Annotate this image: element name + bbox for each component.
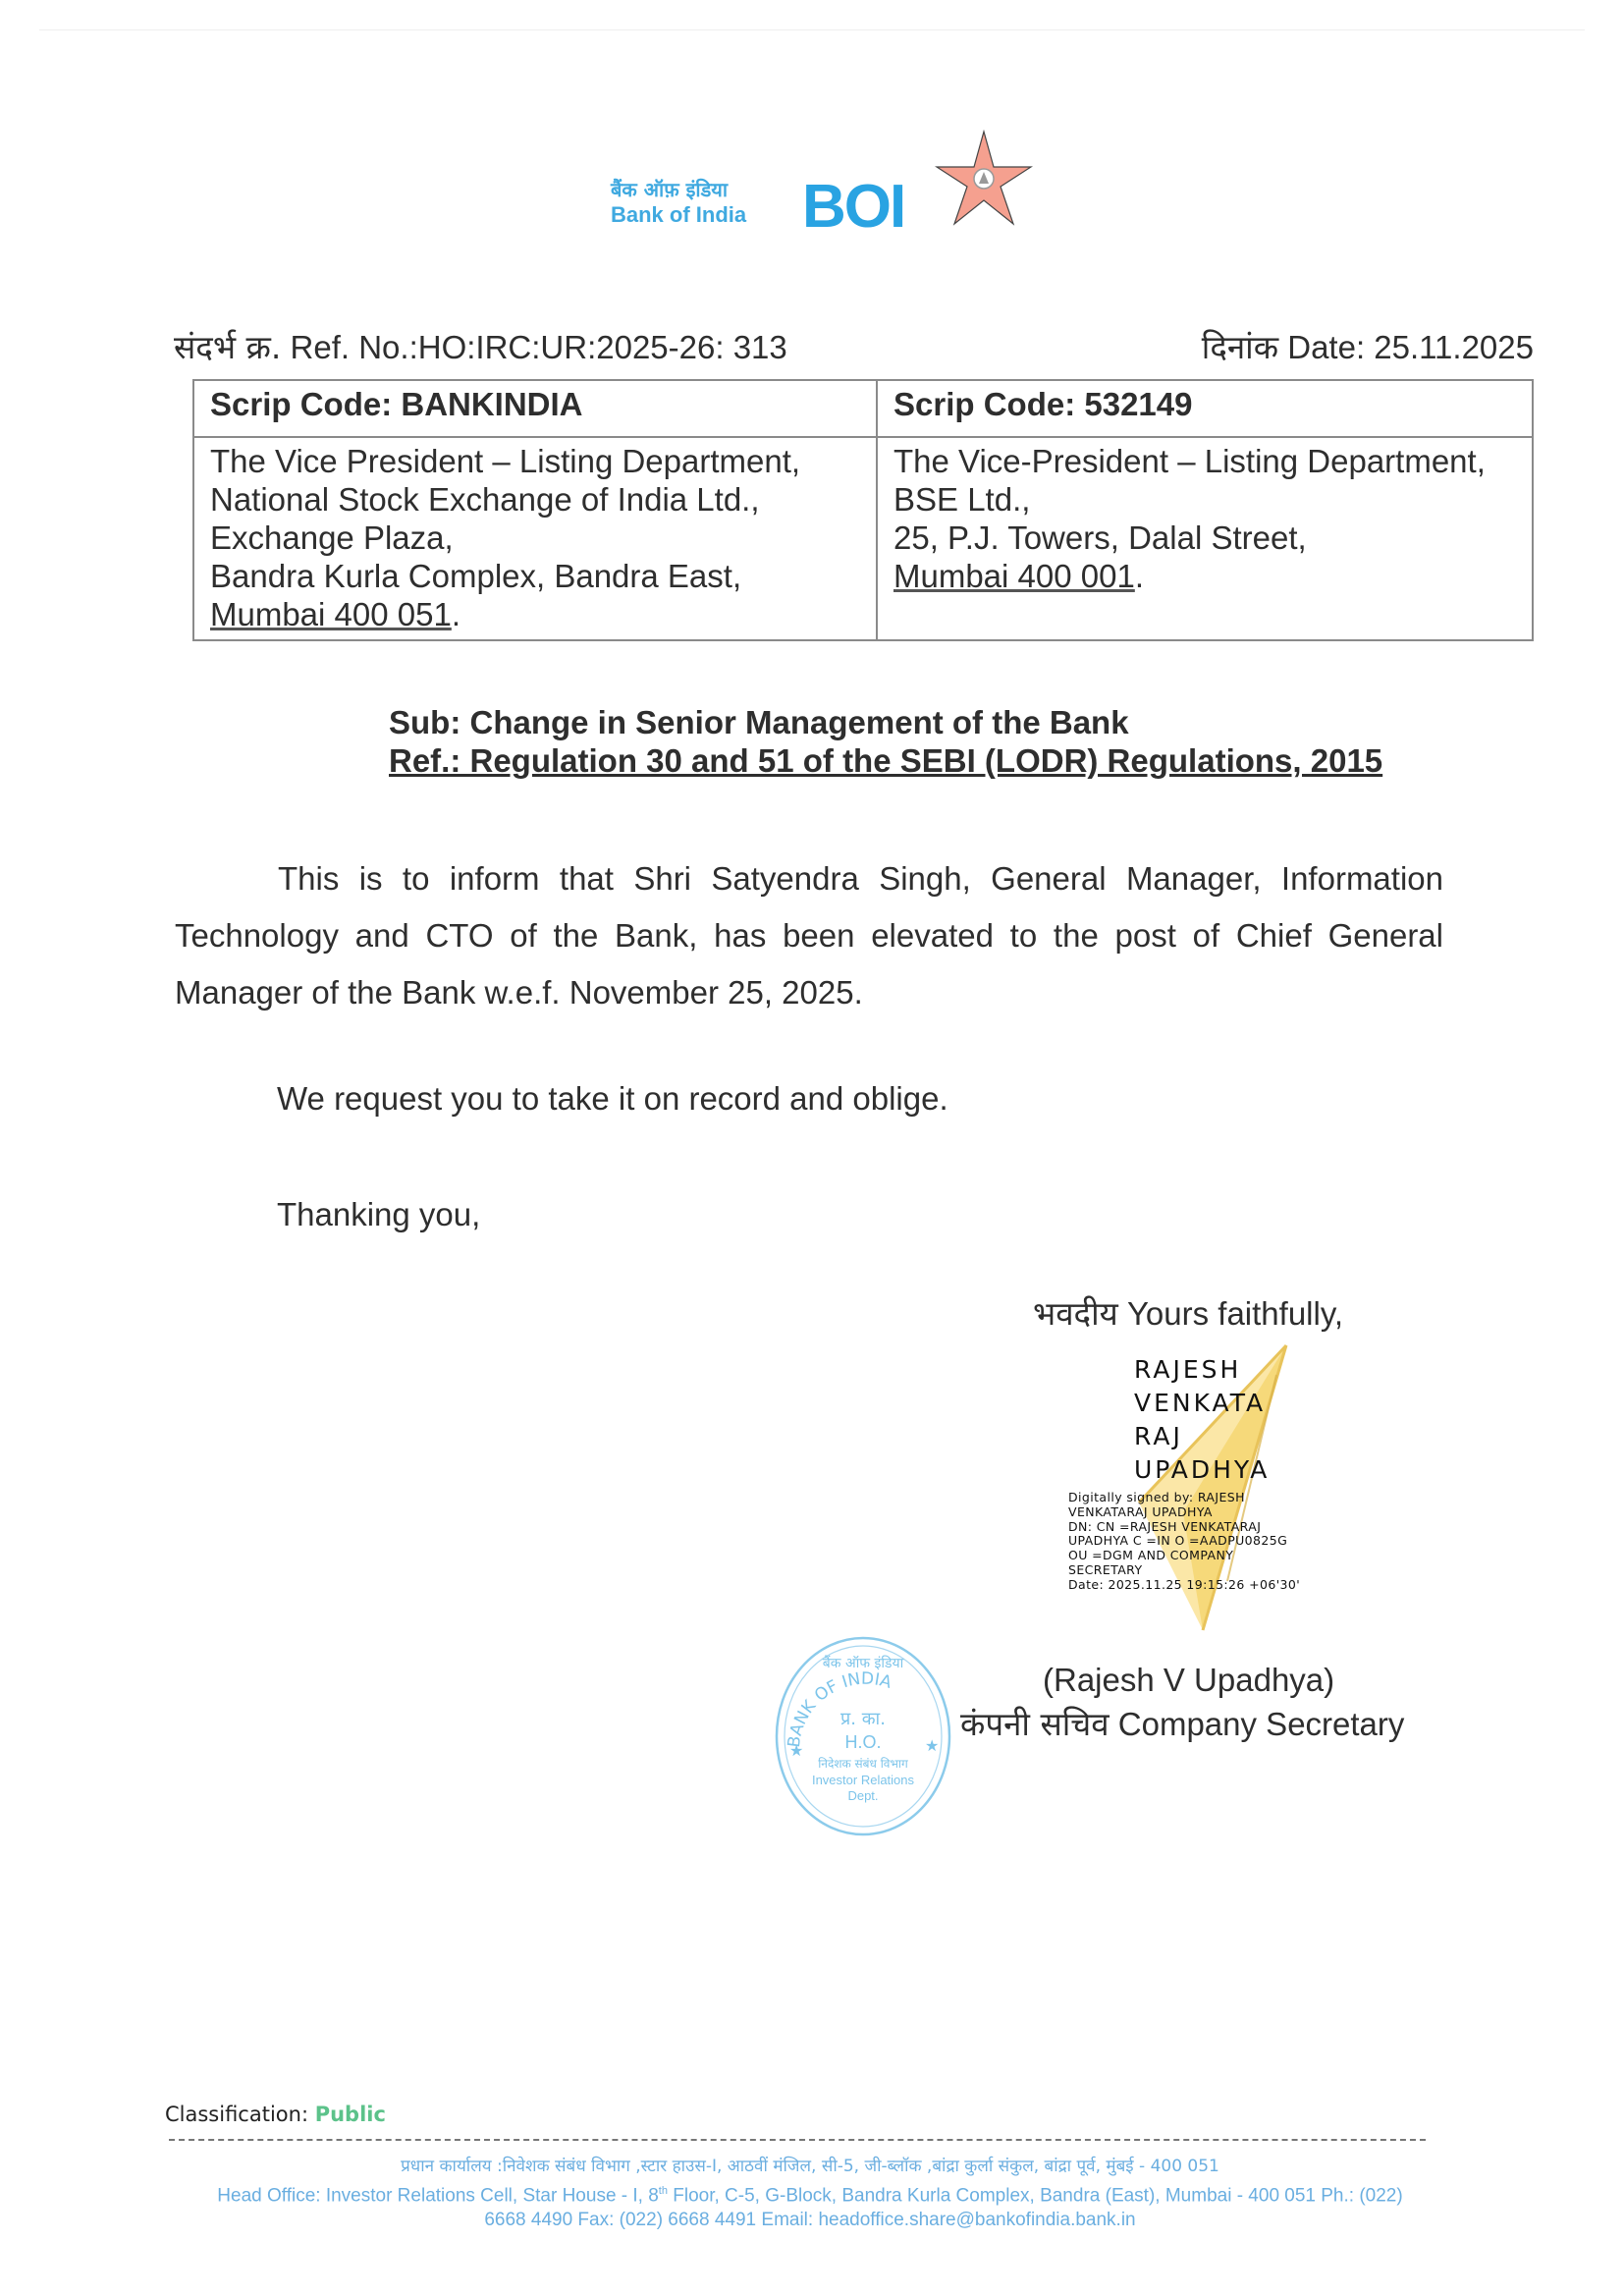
- signature-detail-line: DN: CN =RAJESH VENKATARAJ: [1068, 1520, 1300, 1535]
- stamp-center-hindi: प्र. का.: [840, 1709, 886, 1729]
- footer-address-part: Head Office: Investor Relations Cell, St…: [217, 2185, 659, 2206]
- stamp-star-left-icon: ★: [789, 1743, 803, 1760]
- signer-name-line: RAJ: [1134, 1420, 1270, 1453]
- address-line: The Vice President – Listing Department,: [210, 442, 858, 480]
- subject-block: Sub: Change in Senior Management of the …: [389, 703, 1382, 780]
- regulation-reference: Ref.: Regulation 30 and 51 of the SEBI (…: [389, 741, 1382, 780]
- title-hindi: कंपनी सचिव: [960, 1705, 1110, 1743]
- address-city: Mumbai 400 001: [893, 558, 1135, 594]
- footer-address-hindi: प्रधान कार्यालय :निवेशक संबंध विभाग ,स्ट…: [157, 2155, 1463, 2179]
- classification-value: Public: [315, 2103, 386, 2126]
- addressee-bse: The Vice-President – Listing Department,…: [877, 437, 1533, 640]
- closing-salutation: भवदीय Yours faithfully,: [1033, 1290, 1343, 1335]
- signature-detail-line: UPADHYA C =IN O =AADPU0825G: [1068, 1534, 1300, 1549]
- signature-detail-line: SECRETARY: [1068, 1563, 1300, 1578]
- stamp-center-english: H.O.: [844, 1732, 881, 1752]
- star-logo-icon: [935, 130, 1033, 228]
- address-line: Exchange Plaza,: [210, 519, 858, 557]
- stamp-dept-hindi: निदेशक संबंध विभाग: [818, 1757, 908, 1771]
- addressee-table: Scrip Code: BANKINDIA Scrip Code: 532149…: [192, 379, 1534, 641]
- stamp-hindi-top: बैंक ऑफ इंडिया: [823, 1655, 904, 1671]
- footer-address: प्रधान कार्यालय :निवेशक संबंध विभाग ,स्ट…: [157, 2155, 1463, 2232]
- logo-hindi-name: बैंक ऑफ़ इंडिया: [611, 177, 746, 202]
- thanks-line: Thanking you,: [277, 1196, 480, 1233]
- signature-detail-line: Date: 2025.11.25 19:15:26 +06'30': [1068, 1578, 1300, 1593]
- signer-name-line: RAJESH: [1134, 1353, 1270, 1387]
- body-paragraph: This is to inform that Shri Satyendra Si…: [175, 850, 1443, 1021]
- footer-address-sup: th: [659, 2185, 668, 2197]
- address-line: The Vice-President – Listing Department,: [893, 442, 1514, 480]
- address-city: Mumbai 400 051: [210, 596, 452, 632]
- signer-name: RAJESH VENKATA RAJ UPADHYA: [1134, 1353, 1270, 1487]
- stamp-star-right-icon: ★: [925, 1738, 939, 1755]
- yours-hindi: भवदीय: [1033, 1294, 1118, 1333]
- signer-name-line: UPADHYA: [1134, 1453, 1270, 1487]
- subject-line: Sub: Change in Senior Management of the …: [389, 703, 1382, 741]
- signature-detail-line: VENKATARAJ UPADHYA: [1068, 1505, 1300, 1520]
- date-label-hindi: दिनांक: [1202, 328, 1278, 366]
- request-line: We request you to take it on record and …: [277, 1080, 948, 1118]
- bank-logo: बैंक ऑफ़ इंडिया Bank of India BOI: [611, 128, 1033, 236]
- ref-label: Ref. No.:: [291, 329, 418, 365]
- ref-value: HO:IRC:UR:2025-26: 313: [418, 329, 787, 365]
- stamp-dept-english: Investor Relations: [812, 1773, 915, 1787]
- page-top-edge: [39, 29, 1585, 30]
- address-line: BSE Ltd.,: [893, 480, 1514, 519]
- address-line: Bandra Kurla Complex, Bandra East,: [210, 557, 858, 595]
- signatory-name: (Rajesh V Upadhya): [1043, 1662, 1334, 1699]
- footer-address-part: Floor, C-5, G-Block, Bandra Kurla Comple…: [668, 2185, 1403, 2206]
- title-english: Company Secretary: [1118, 1706, 1405, 1742]
- classification-label: Classification: Public: [165, 2103, 386, 2126]
- signature-detail-line: Digitally signed by: RAJESH: [1068, 1491, 1300, 1505]
- bank-seal-stamp: BANK OF INDIA बैंक ऑफ इंडिया प्र. का. H.…: [770, 1630, 956, 1841]
- footer-divider: [169, 2139, 1426, 2141]
- logo-english-name: Bank of India: [611, 202, 746, 228]
- logo-acronym: BOI: [802, 172, 904, 242]
- classification-key: Classification:: [165, 2103, 308, 2126]
- digital-signature-details: Digitally signed by: RAJESH VENKATARAJ U…: [1068, 1491, 1300, 1593]
- stamp-dept-english-2: Dept.: [847, 1788, 878, 1803]
- ref-label-hindi: संदर्भ क्र.: [174, 328, 281, 366]
- footer-contact: 6668 4490 Fax: (022) 6668 4491 Email: he…: [157, 2208, 1463, 2232]
- letter-date: दिनांक Date: 25.11.2025: [1202, 324, 1534, 368]
- footer-address-english: Head Office: Investor Relations Cell, St…: [157, 2179, 1463, 2208]
- body-text: This is to inform that Shri Satyendra Si…: [175, 860, 1443, 1011]
- date-value: 25.11.2025: [1374, 329, 1534, 365]
- address-line: 25, P.J. Towers, Dalal Street,: [893, 519, 1514, 557]
- scrip-code-bse: Scrip Code: 532149: [877, 380, 1533, 437]
- address-line: National Stock Exchange of India Ltd.,: [210, 480, 858, 519]
- reference-number: संदर्भ क्र. Ref. No.:HO:IRC:UR:2025-26: …: [174, 324, 787, 368]
- signer-name-line: VENKATA: [1134, 1387, 1270, 1420]
- signature-detail-line: OU =DGM AND COMPANY: [1068, 1549, 1300, 1563]
- date-label: Date:: [1287, 329, 1365, 365]
- yours-english: Yours faithfully,: [1127, 1295, 1343, 1332]
- addressee-nse: The Vice President – Listing Department,…: [193, 437, 877, 640]
- logo-wordmark: बैंक ऑफ़ इंडिया Bank of India: [611, 177, 746, 228]
- scrip-code-nse: Scrip Code: BANKINDIA: [193, 380, 877, 437]
- signatory-title: कंपनी सचिव Company Secretary: [960, 1701, 1404, 1745]
